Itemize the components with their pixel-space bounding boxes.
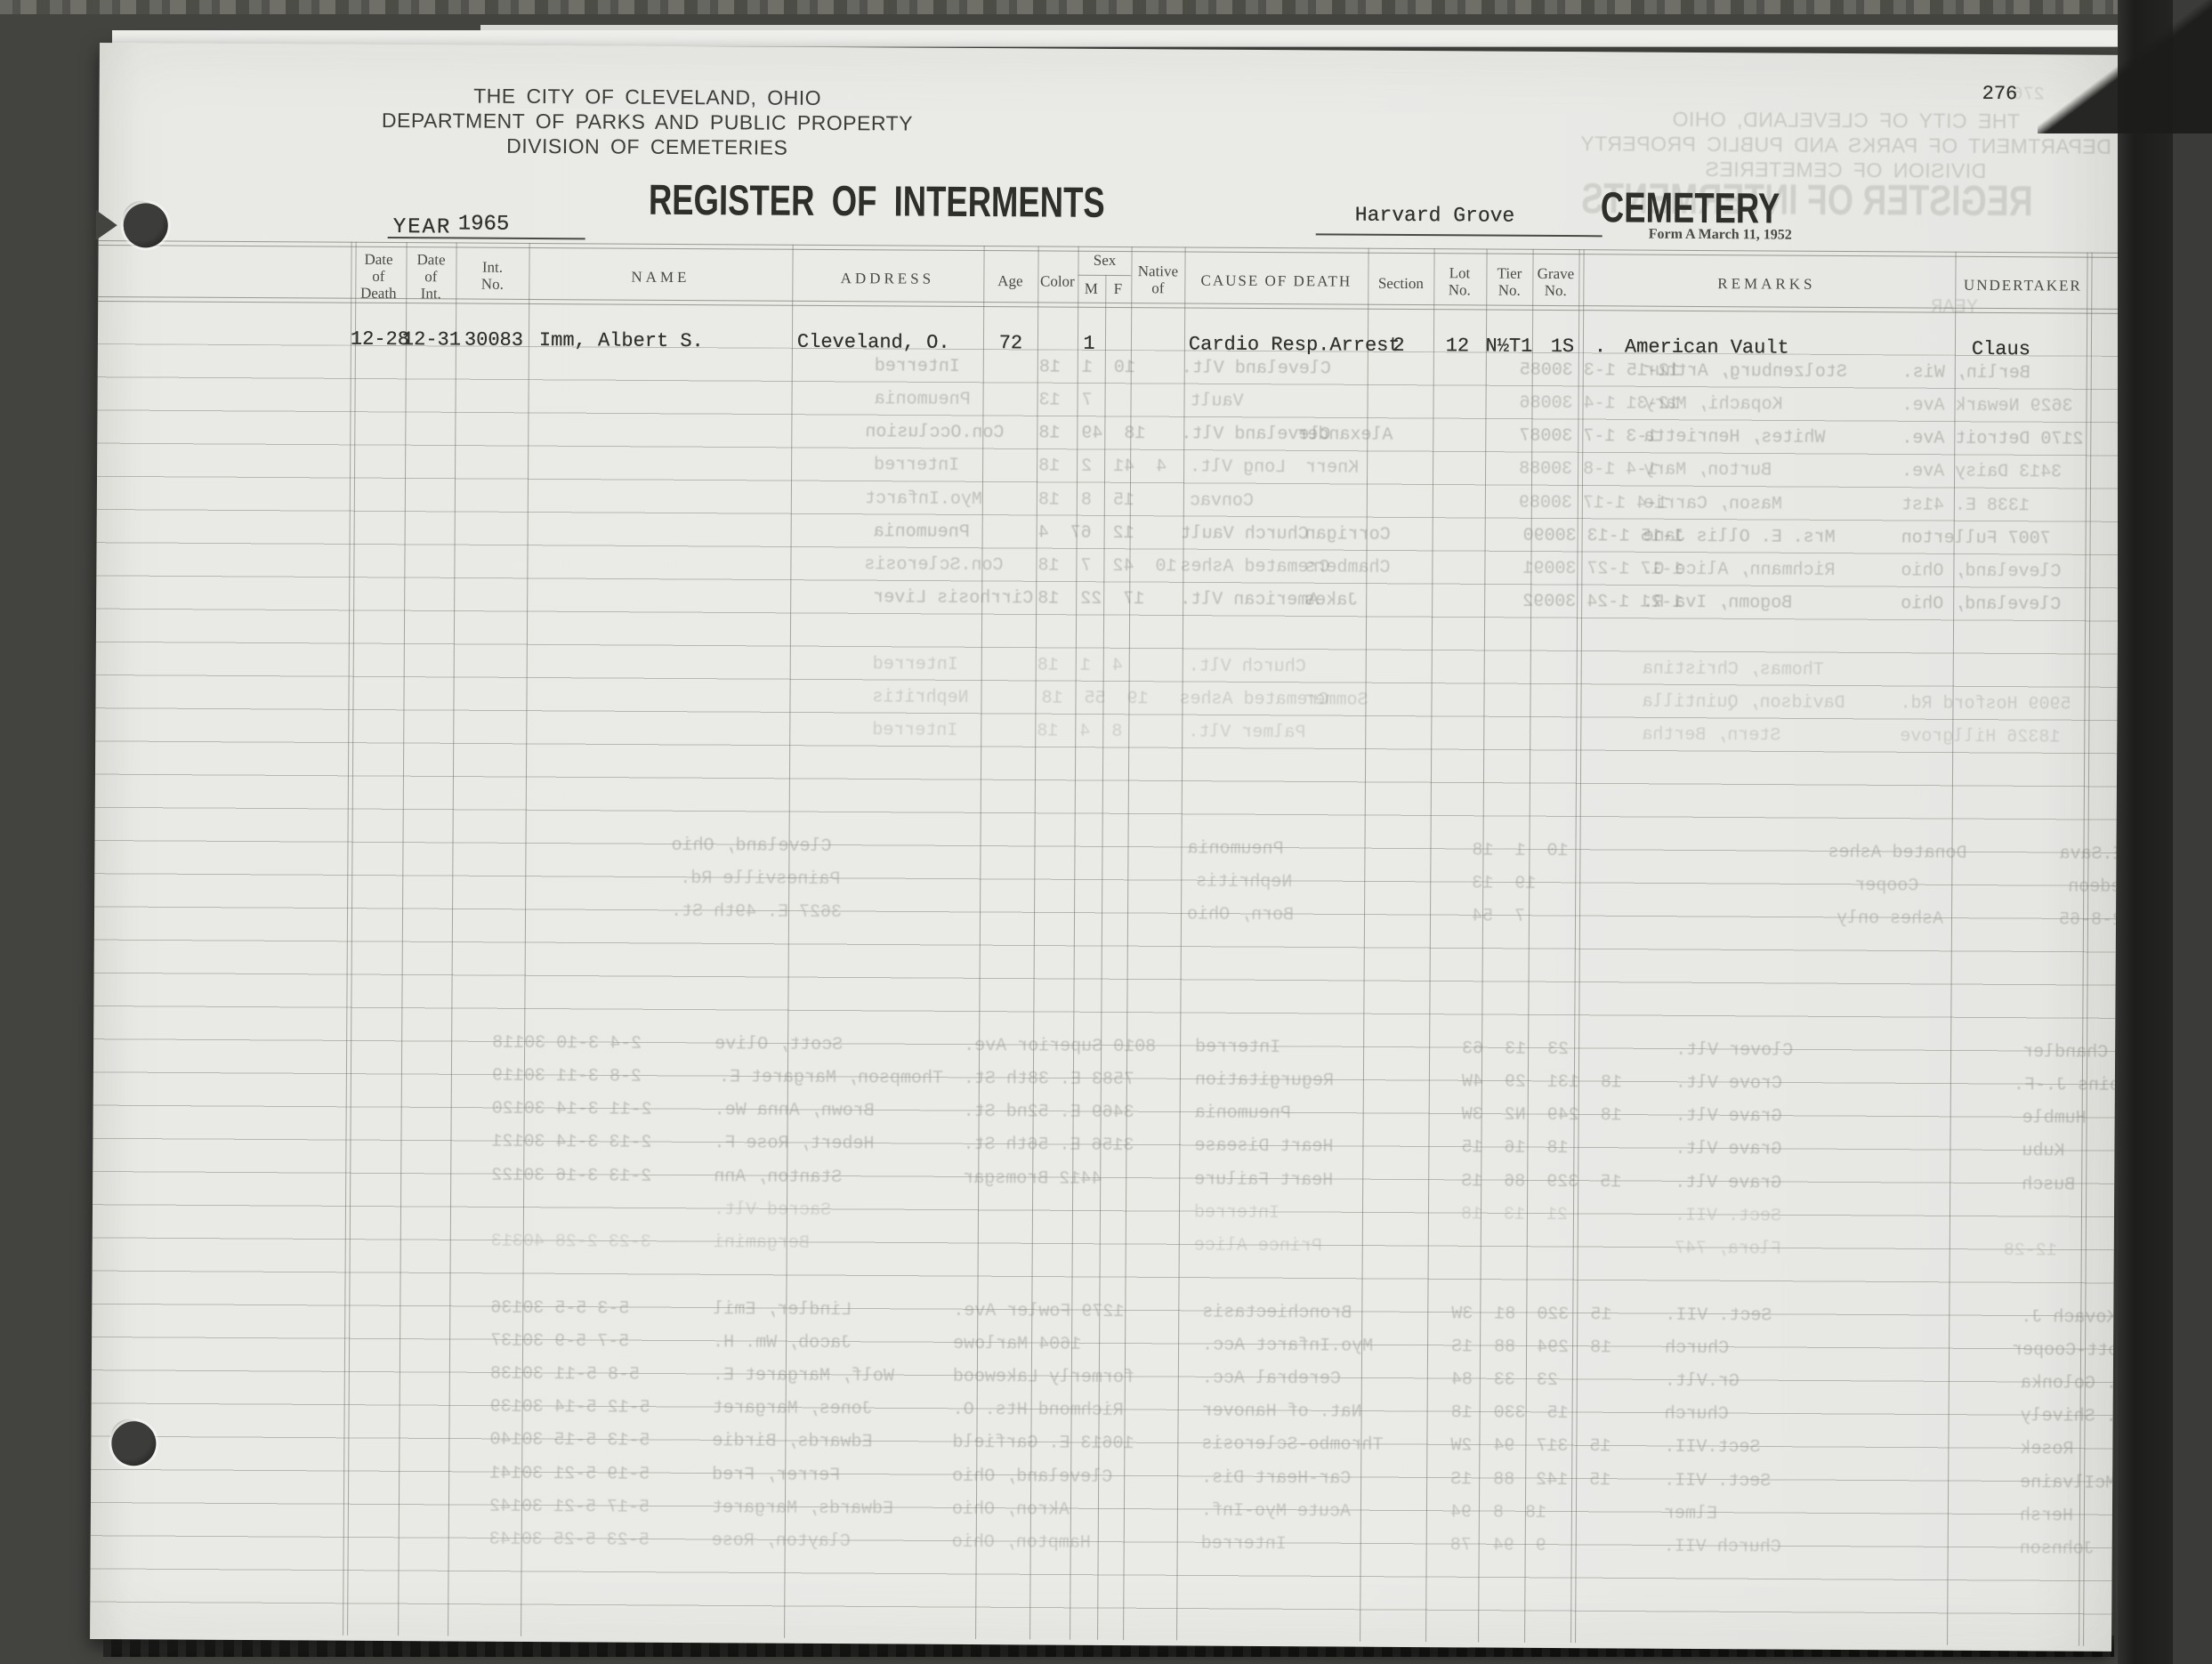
binder-edge — [2118, 0, 2173, 1664]
col-header-undertaker: UNDERTAKER — [1964, 277, 2082, 295]
cell-grave-no: 1S — [1551, 336, 1575, 358]
col-header-age: Age — [997, 272, 1022, 289]
col-header-section: Section — [1378, 275, 1424, 292]
col-header-name: NAME — [631, 269, 690, 286]
punch-hole-bottom — [105, 1415, 162, 1472]
col-header-address: ADDRESS — [841, 270, 935, 287]
col-header-sex-f: F — [1114, 280, 1123, 297]
bleedthrough-department-line: DEPARTMENT OF PARKS AND PUBLIC PROPERTY — [1580, 132, 2111, 159]
binder-corner-shadow — [2038, 0, 2212, 133]
scanned-register-scene: THE CITY OF CLEVELAND, OHIO DEPARTMENT O… — [0, 0, 2212, 1664]
book-edge-texture — [0, 0, 2212, 14]
col-header-sex-m: M — [1085, 280, 1098, 297]
col-header-native-of: Native of — [1138, 263, 1179, 296]
cell-remarks: American Vault — [1625, 336, 1789, 359]
col-header-color: Color — [1040, 272, 1075, 289]
col-header-grave-no: Grave No. — [1538, 265, 1575, 299]
col-header-int-no: Int. No. — [481, 259, 504, 293]
page-number: 276 — [1982, 83, 2018, 105]
register-title: REGISTER OF INTERMENTS — [649, 176, 1249, 229]
cell-date-of-death: 12-28 — [351, 329, 409, 351]
col-header-lot-no: Lot No. — [1449, 264, 1471, 298]
col-header-tier-no: Tier No. — [1497, 265, 1522, 299]
cell-cause-of-death: Cardio Resp.Arrest — [1189, 334, 1401, 356]
division-line-text: DIVISION OF CEMETERIES — [506, 134, 787, 160]
background-right — [2173, 0, 2212, 1664]
cell-tier-no: N½T1 — [1485, 336, 1532, 358]
cell-lot-no: 12 — [1446, 335, 1470, 357]
cell-name: Imm, Albert S. — [539, 330, 704, 352]
cell-address: Cleveland, O. — [797, 332, 950, 354]
cell-section: 2 — [1393, 335, 1404, 357]
cell-date-of-int: 12-31 — [402, 329, 461, 351]
col-header-date-of-int: Date of Int. — [416, 251, 445, 302]
col-header-remarks: REMARKS — [1717, 275, 1815, 293]
col-header-date-of-death: Date of Death — [360, 251, 397, 302]
cell-sex-m: 1 — [1083, 334, 1094, 355]
cell-remarks-mark: . — [1594, 336, 1606, 358]
year-value: 1965 — [458, 212, 510, 236]
col-header-cause-of-death: CAUSE OF DEATH — [1200, 272, 1352, 290]
cell-undertaker: Claus — [1972, 339, 2030, 360]
city-line-text: THE CITY OF CLEVELAND, OHIO — [473, 85, 821, 110]
cell-int-no: 30083 — [464, 330, 523, 351]
department-line-text: DEPARTMENT OF PARKS AND PUBLIC PROPERTY — [382, 109, 913, 136]
edge-tear-notch — [96, 210, 117, 240]
register-title-text: REGISTER OF INTERMENTS — [649, 176, 1105, 228]
col-header-sex-group: Sex — [1094, 252, 1117, 269]
punch-hole-top — [117, 197, 174, 254]
cell-age: 72 — [999, 333, 1023, 354]
bleedthrough-city-line: THE CITY OF CLEVELAND, OHIO — [1672, 108, 2020, 133]
register-page: THE CITY OF CLEVELAND, OHIO DEPARTMENT O… — [90, 43, 2121, 1652]
cemetery-name-value: Harvard Grove — [1355, 204, 1515, 228]
form-note: Form A March 11, 1952 — [1649, 227, 1792, 244]
